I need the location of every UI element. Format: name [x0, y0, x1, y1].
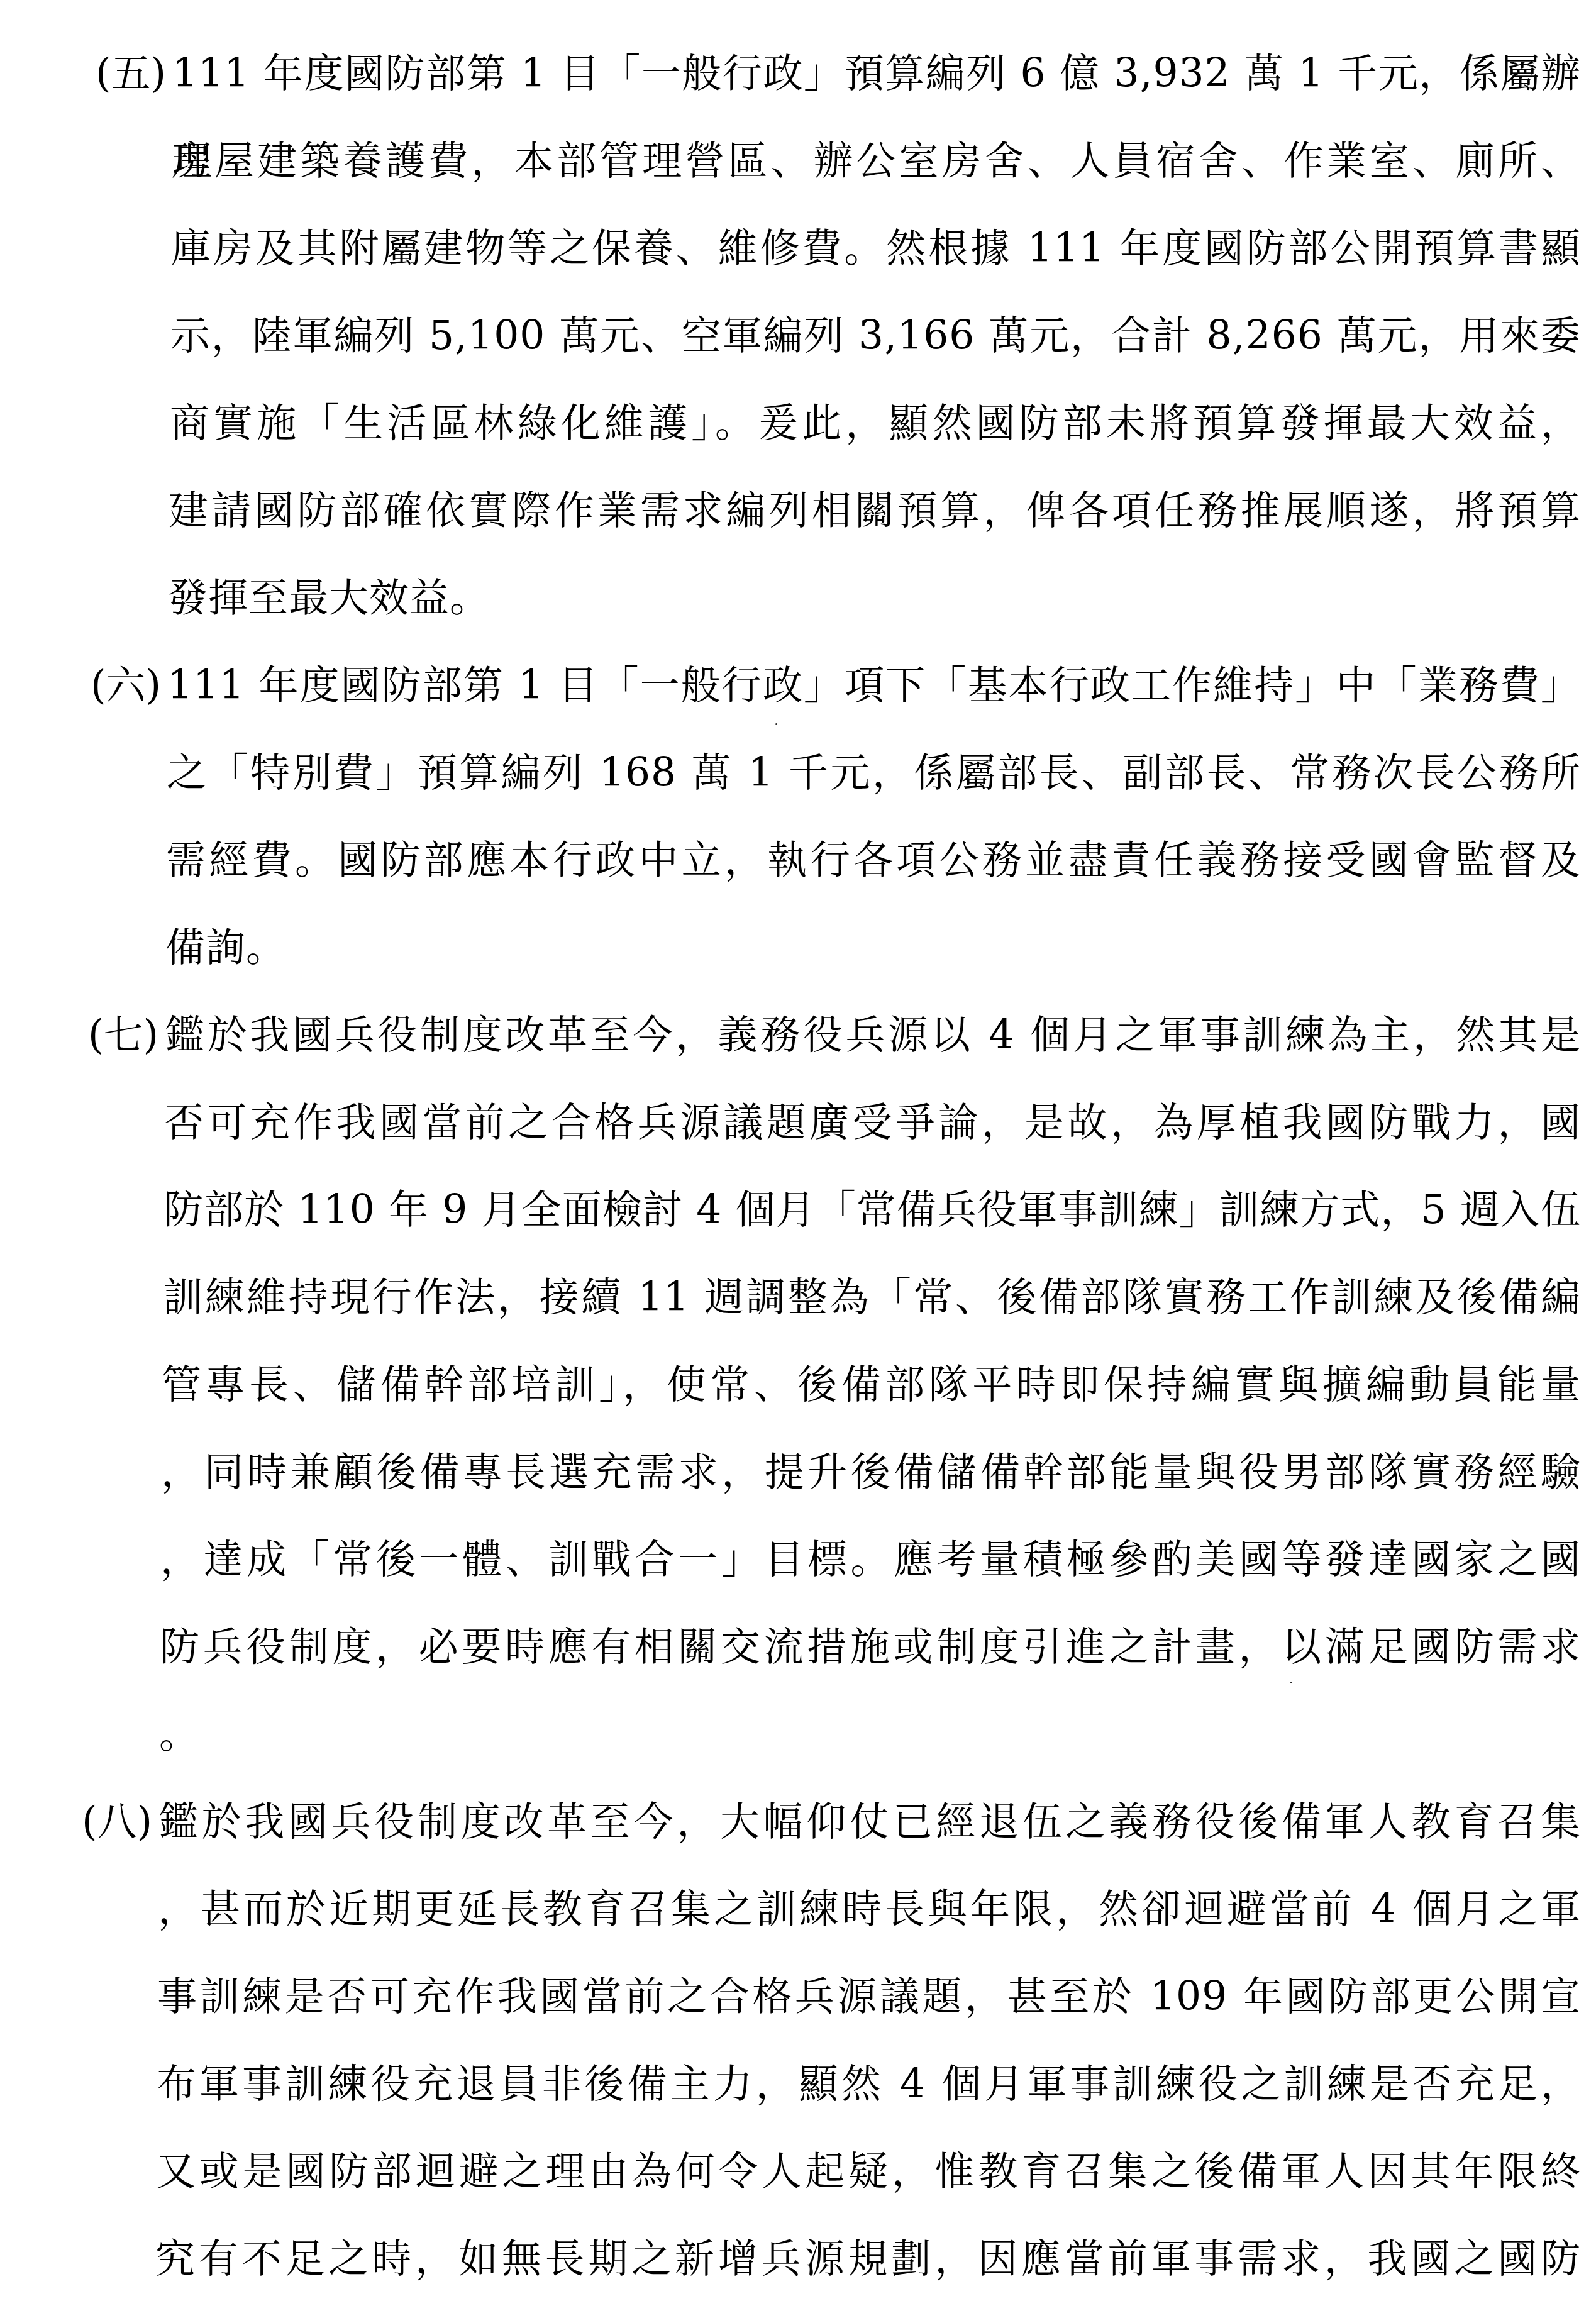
- text-line: 商實施「生活區林綠化維護」。爰此，顯然國防部未將預算發揮最大效益，: [170, 379, 1581, 467]
- scan-speck: [775, 723, 777, 725]
- text-line: 之「特別費」預算編列 168 萬 1 千元，係屬部長、副部長、常務次長公務所: [167, 729, 1581, 816]
- scanned-document-page: (五) 111 年度國防部第 1 目「一般行政」預算編列 6 億 3,932 萬…: [0, 0, 1596, 2318]
- text-line: 鑑於我國兵役制度改革至今，義務役兵源以 4 個月之軍事訓練為主，然其是: [165, 991, 1581, 1079]
- text-line: ，達成「常後一體、訓戰合一」目標。應考量積極參酌美國等發達國家之國: [160, 1516, 1581, 1603]
- text-line: 事訓練是否可充作我國當前之合格兵源議題，甚至於 109 年國防部更公開宣: [157, 1953, 1581, 2040]
- text-line: 房屋建築養護費，本部管理營區、辦公室房舍、人員宿舍、作業室、廁所、: [172, 117, 1581, 204]
- text-line: 建請國防部確依實際作業需求編列相關預算，俾各項任務推展順遂，將預算: [169, 467, 1581, 554]
- text-line: ，同時兼顧後備專長選充需求，提升後備儲備幹部能量與役男部隊實務經驗: [161, 1428, 1581, 1516]
- text-line: 布軍事訓練役充退員非後備主力，顯然 4 個月軍事訓練役之訓練是否充足，: [157, 2040, 1581, 2127]
- text-line: 訓練維持現行作法，接續 11 週調整為「常、後備部隊實務工作訓練及後備編: [163, 1253, 1581, 1341]
- text-line: 111 年度國防部第 1 目「一般行政」項下「基本行政工作維持」中「業務費」: [167, 641, 1581, 729]
- text-line: 庫房及其附屬建物等之保養、維修費。然根據 111 年度國防部公開預算書顯: [171, 204, 1581, 292]
- text-line-last: 備詢。: [165, 904, 1581, 991]
- text-line: 管專長、儲備幹部培訓」，使常、後備部隊平時即保持編實與擴編動員能量: [162, 1341, 1581, 1428]
- text-line: 防兵役制度，必要時應有相關交流措施或制度引進之計畫，以滿足國防需求: [160, 1603, 1581, 1690]
- text-line-last: 發揮至最大效益。: [168, 554, 1581, 641]
- text-line: 防部於 110 年 9 月全面檢討 4 個月「常備兵役軍事訓練」訓練方式，5 週…: [163, 1166, 1581, 1253]
- paragraph-marker: (五): [96, 30, 166, 117]
- text-line: 究有不足之時，如無長期之新增兵源規劃，因應當前軍事需求，我國之國防: [155, 2215, 1581, 2302]
- text-line: 又或是國防部迴避之理由為何令人起疑，惟教育召集之後備軍人因其年限終: [156, 2127, 1581, 2215]
- paragraph-marker: (八): [82, 1778, 152, 1865]
- text-line: 111 年度國防部第 1 目「一般行政」預算編列 6 億 3,932 萬 1 千…: [172, 30, 1581, 117]
- text-line: 否可充作我國當前之合格兵源議題廣受爭論，是故，為厚植我國防戰力，國: [164, 1079, 1581, 1166]
- text-line: ，甚而於近期更延長教育召集之訓練時長與年限，然卻迴避當前 4 個月之軍: [158, 1865, 1581, 1953]
- text-line: 示，陸軍編列 5,100 萬元、空軍編列 3,166 萬元，合計 8,266 萬…: [170, 292, 1581, 379]
- paragraph-marker: (六): [91, 641, 161, 729]
- paragraph-marker: (七): [88, 991, 158, 1079]
- text-line: 需經費。國防部應本行政中立，執行各項公務並盡責任義務接受國會監督及: [166, 816, 1581, 904]
- text-line: 鑑於我國兵役制度改革至今，大幅仰仗已經退伍之義務役後備軍人教育召集: [158, 1778, 1581, 1865]
- scan-speck: [1290, 1682, 1292, 1683]
- text-line-last: 。: [159, 1690, 1581, 1778]
